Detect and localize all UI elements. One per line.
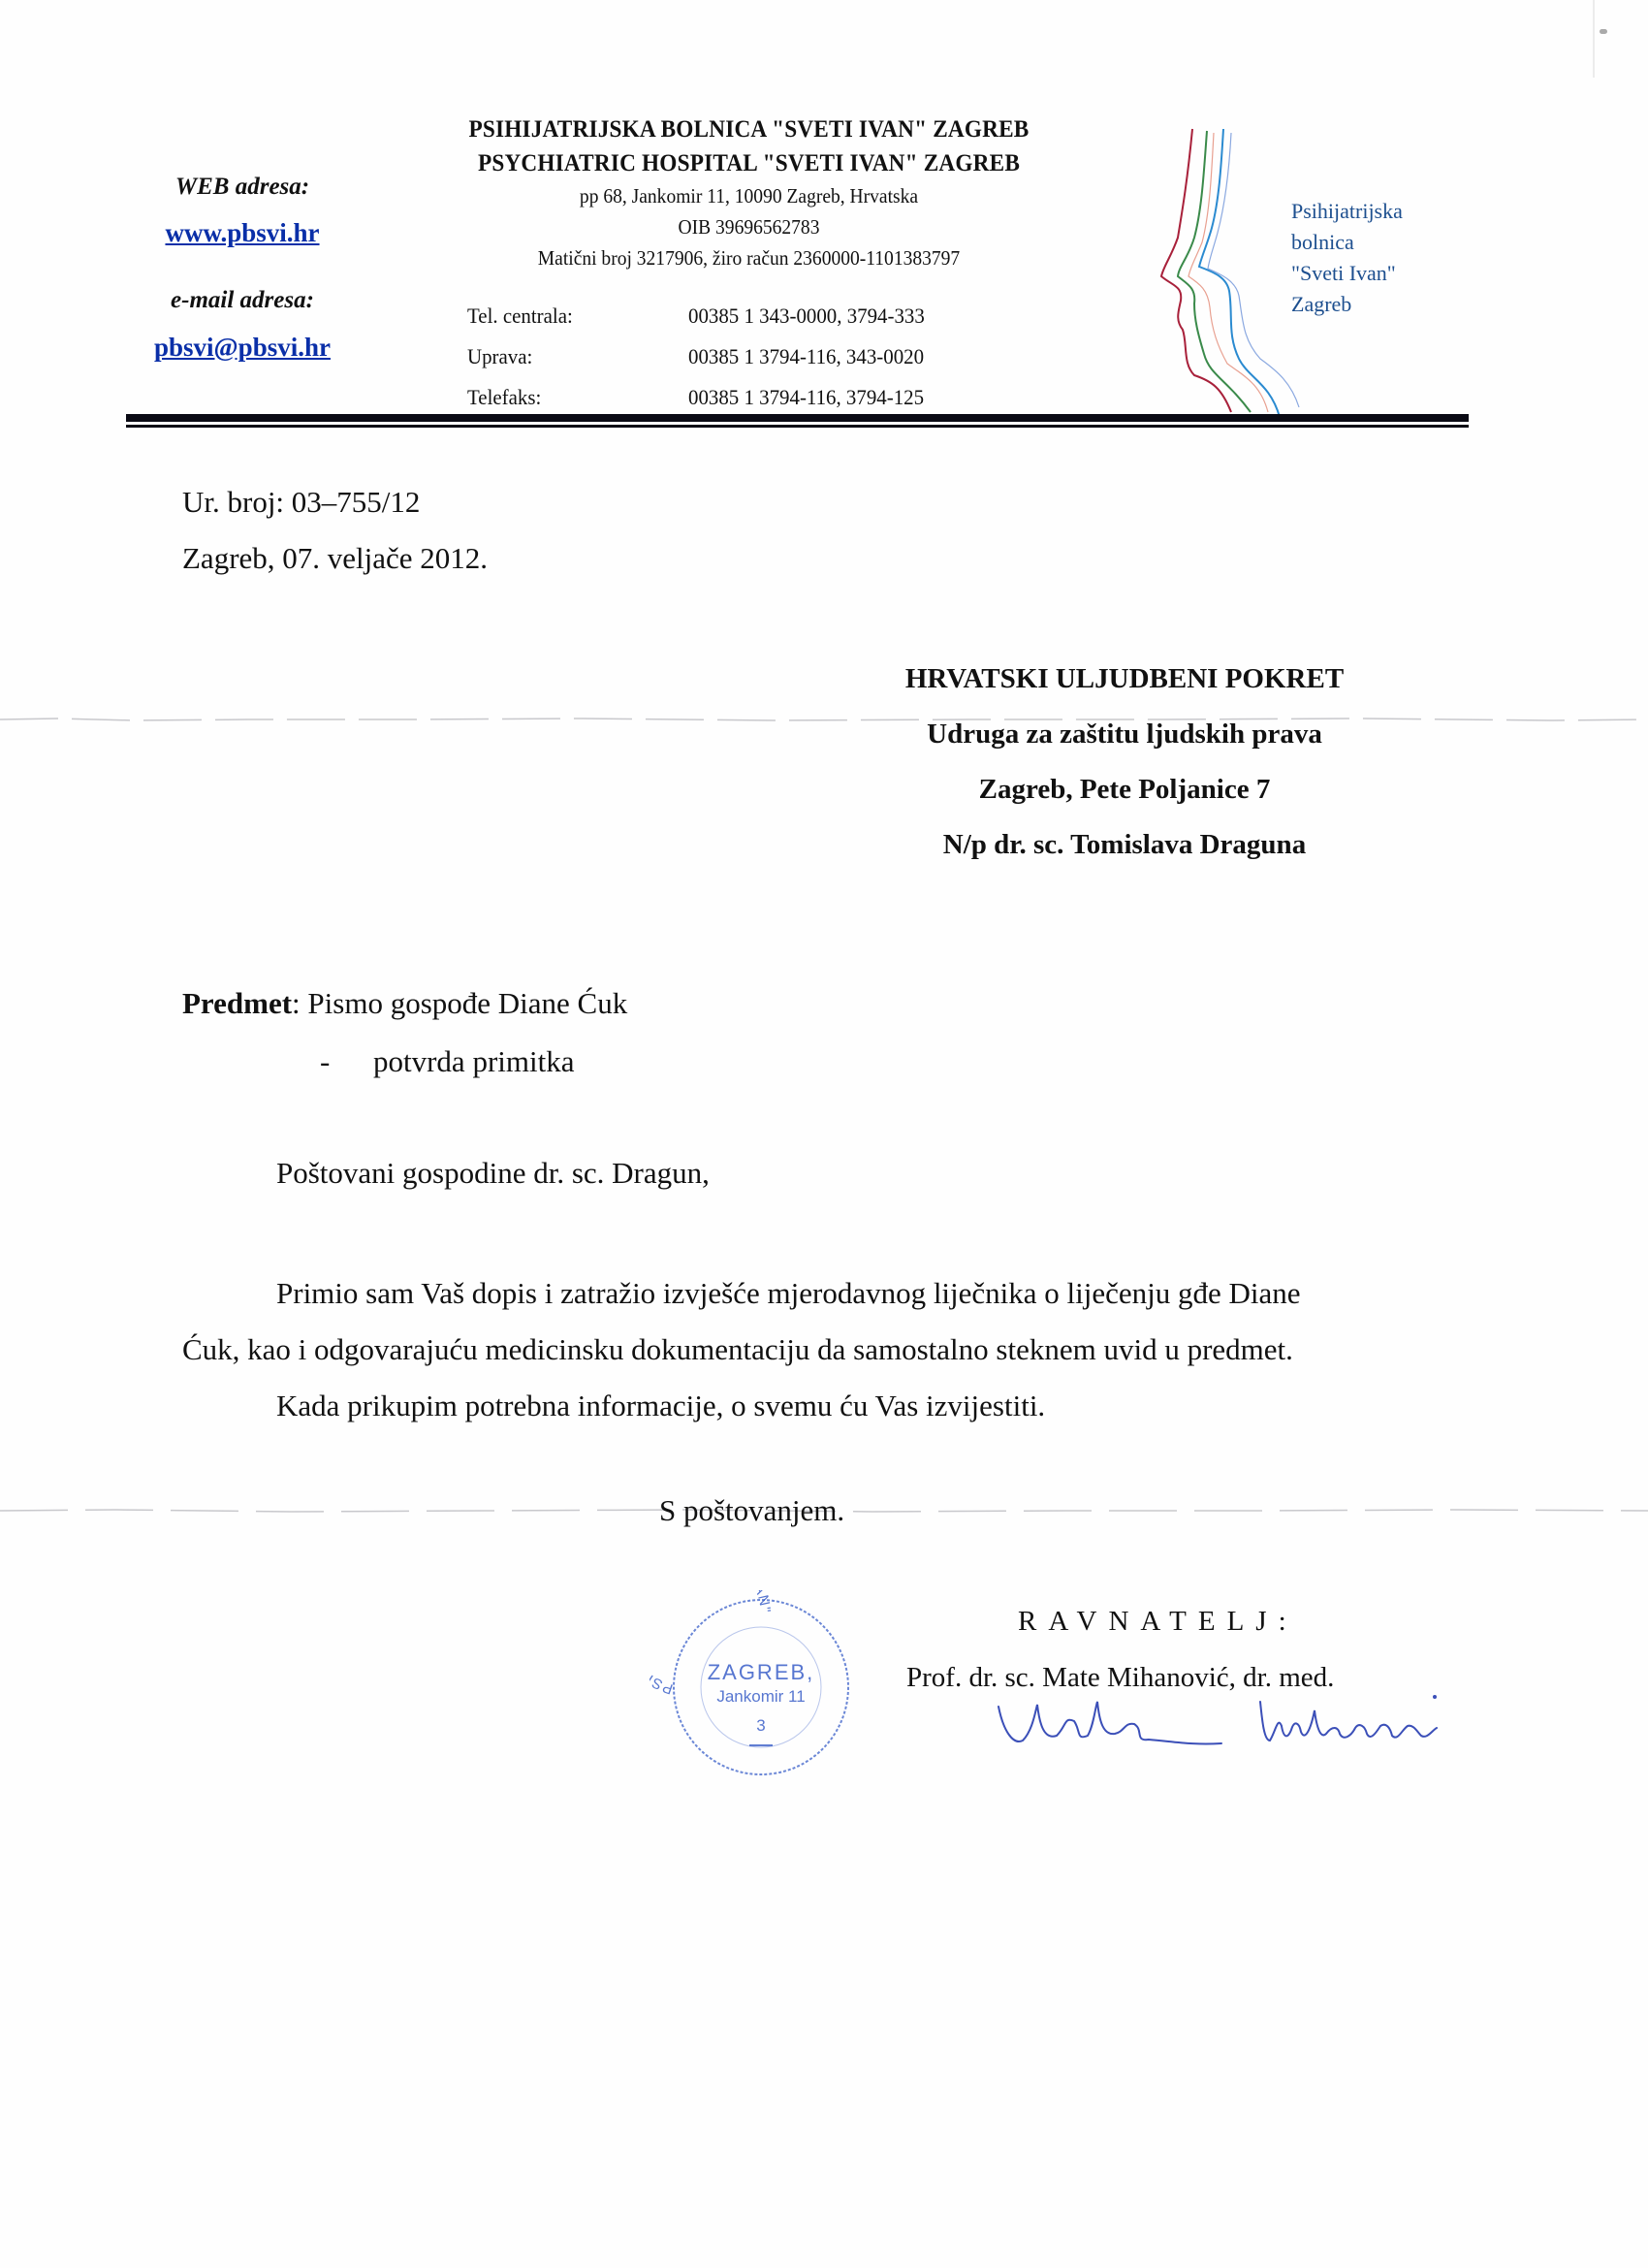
closing: S poštovanjem. — [659, 1491, 844, 1530]
scan-edge — [1593, 0, 1595, 78]
recipient-description: Udruga za zaštitu ljudskih prava — [814, 707, 1435, 762]
web-label: WEB adresa: — [126, 175, 359, 199]
contact-value: 00385 1 3794-116, 343-0020 — [688, 336, 1038, 377]
logo-text: Psihijatrijska bolnica "Sveti Ivan" Zagr… — [1291, 196, 1403, 320]
svg-text:Jankomir 11: Jankomir 11 — [716, 1687, 805, 1706]
letter-page: WEB adresa: www.pbsvi.hr e-mail adresa: … — [0, 0, 1648, 2268]
svg-text:ZAGREB,: ZAGREB, — [708, 1660, 815, 1684]
website-link[interactable]: www.pbsvi.hr — [165, 220, 319, 246]
reference-number: Ur. broj: 03–755/12 — [182, 483, 420, 522]
subject-line: Predmet: Pismo gospođe Diane Ćuk — [182, 984, 627, 1023]
letterhead-phone-list: Tel. centrala: 00385 1 343-0000, 3794-33… — [467, 296, 1068, 418]
contact-row: Tel. centrala: 00385 1 343-0000, 3794-33… — [467, 296, 1038, 336]
email-label: e-mail adresa: — [126, 288, 359, 312]
recipient-address: Zagreb, Pete Poljanice 7 — [814, 762, 1435, 817]
recipient-address-block: HRVATSKI ULJUDBENI POKRET Udruga za zašt… — [814, 652, 1435, 873]
salutation: Poštovani gospodine dr. sc. Dragun, — [276, 1154, 710, 1193]
institution-registry: Matični broj 3217906, žiro račun 2360000… — [408, 242, 1089, 273]
letter-body: Primio sam Vaš dopis i zatražio izvješće… — [182, 1265, 1442, 1434]
letterhead-institution: PSIHIJATRIJSKA BOLNICA "SVETI IVAN" ZAGR… — [383, 112, 1115, 273]
subject-subline: -potvrda primitka — [320, 1042, 574, 1081]
svg-text:3: 3 — [756, 1716, 765, 1735]
hospital-logo-icon — [1154, 121, 1309, 422]
subject-subline-text: potvrda primitka — [373, 1044, 574, 1078]
email-link[interactable]: pbsvi@pbsvi.hr — [154, 335, 331, 361]
subject-label: Predmet — [182, 986, 292, 1020]
contact-label: Tel. centrala: — [467, 296, 688, 336]
contact-label: Uprava: — [467, 336, 688, 377]
institution-name-en: PSYCHIATRIC HOSPITAL "SVETI IVAN" ZAGREB — [408, 146, 1089, 180]
institution-address: pp 68, Jankomir 11, 10090 Zagreb, Hrvats… — [408, 180, 1089, 211]
contact-row: Telefaks: 00385 1 3794-116, 3794-125 — [467, 377, 1038, 418]
body-line: Primio sam Vaš dopis i zatražio izvješće… — [182, 1265, 1442, 1322]
signatory-role: RAVNATELJ: — [1018, 1602, 1298, 1641]
subject-text: : Pismo gospođe Diane Ćuk — [292, 986, 627, 1020]
institution-name-hr: PSIHIJATRIJSKA BOLNICA "SVETI IVAN" ZAGR… — [408, 112, 1089, 146]
body-line: Ćuk, kao i odgovarajuću medicinsku dokum… — [182, 1322, 1442, 1378]
bullet-dash: - — [320, 1042, 373, 1081]
letter-date: Zagreb, 07. veljače 2012. — [182, 539, 488, 578]
contact-value: 00385 1 3794-116, 3794-125 — [688, 377, 1038, 418]
contact-label: Telefaks: — [467, 377, 688, 418]
contact-value: 00385 1 343-0000, 3794-333 — [688, 296, 1038, 336]
contact-row: Uprava: 00385 1 3794-116, 343-0020 — [467, 336, 1038, 377]
handwritten-signature-icon — [979, 1687, 1464, 1765]
recipient-attention: N/p dr. sc. Tomislava Draguna — [814, 817, 1435, 873]
scan-mark — [1600, 29, 1607, 34]
recipient-organization: HRVATSKI ULJUDBENI POKRET — [814, 652, 1435, 707]
letterhead-divider-thin — [126, 425, 1469, 428]
official-stamp-icon: PSIHIJATRIJSKA BOLNICA "SVETI IVAN" ZAGR… — [650, 1590, 872, 1779]
letterhead-divider — [126, 414, 1469, 422]
body-line: Kada prikupim potrebna informacije, o sv… — [182, 1378, 1442, 1434]
institution-oib: OIB 39696562783 — [408, 211, 1089, 242]
